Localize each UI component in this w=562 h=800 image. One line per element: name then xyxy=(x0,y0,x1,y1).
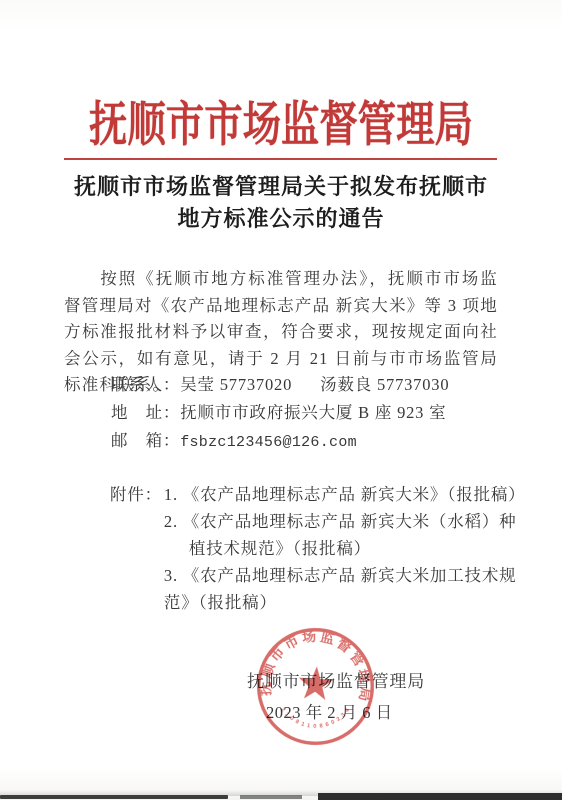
photo-edge-right xyxy=(318,793,562,800)
header-divider xyxy=(64,158,497,160)
attachments-block: 附件： 1. 《农产品地理标志产品 新宾大米》（报批稿） 2. 《农产品地理标志… xyxy=(110,481,525,616)
attachment-item-3-line-2: 范》（报批稿） xyxy=(164,589,526,616)
contact-label: 联系人： xyxy=(111,375,180,394)
contact-person-1: 吴莹 57737020 xyxy=(180,375,292,394)
address-value: 抚顺市市政府振兴大厦 B 座 923 室 xyxy=(180,403,446,422)
attachment-item-1: 1. 《农产品地理标志产品 新宾大米》（报批稿） xyxy=(164,481,526,508)
photo-edge-left xyxy=(0,795,228,799)
attachments-label: 附件： xyxy=(110,481,162,616)
document-page: 抚顺市市场监督管理局 抚顺市市场监督管理局关于拟发布抚顺市地方标准公示的通告 按… xyxy=(0,0,562,800)
agency-header: 抚顺市市场监督管理局 xyxy=(11,86,551,154)
address-line: 地 址：抚顺市市政府振兴大厦 B 座 923 室 xyxy=(111,399,449,427)
contact-block: 联系人：吴莹 57737020汤薮良 57737030 地 址：抚顺市市政府振兴… xyxy=(111,371,449,457)
official-seal: 抚顺市市场监督管理局 21081108602347 xyxy=(251,622,380,751)
contact-person-2: 汤薮良 57737030 xyxy=(320,375,449,394)
photo-edge-mid xyxy=(240,795,302,799)
document-title: 抚顺市市场监督管理局关于拟发布抚顺市地方标准公示的通告 xyxy=(0,171,562,235)
address-label: 地 址： xyxy=(111,403,180,422)
email-value: fsbzc123456@126.com xyxy=(180,434,357,451)
contact-line: 联系人：吴莹 57737020汤薮良 57737030 xyxy=(111,371,449,399)
email-label: 邮 箱： xyxy=(111,431,180,450)
star-icon xyxy=(297,665,334,700)
attachment-item-2-line-1: 2. 《农产品地理标志产品 新宾大米（水稻）种 xyxy=(164,508,526,535)
title-line-2: 地方标准公示的通告 xyxy=(177,206,384,231)
attachment-item-3-line-1: 3. 《农产品地理标志产品 新宾大米加工技术规 xyxy=(164,562,526,589)
attachments-list: 1. 《农产品地理标志产品 新宾大米》（报批稿） 2. 《农产品地理标志产品 新… xyxy=(164,481,526,616)
title-line-1: 抚顺市市场监督管理局关于拟发布抚顺市 xyxy=(74,174,488,199)
attachment-item-2-line-2: 植技术规范》（报批稿） xyxy=(164,535,526,562)
email-line: 邮 箱：fsbzc123456@126.com xyxy=(111,427,449,457)
